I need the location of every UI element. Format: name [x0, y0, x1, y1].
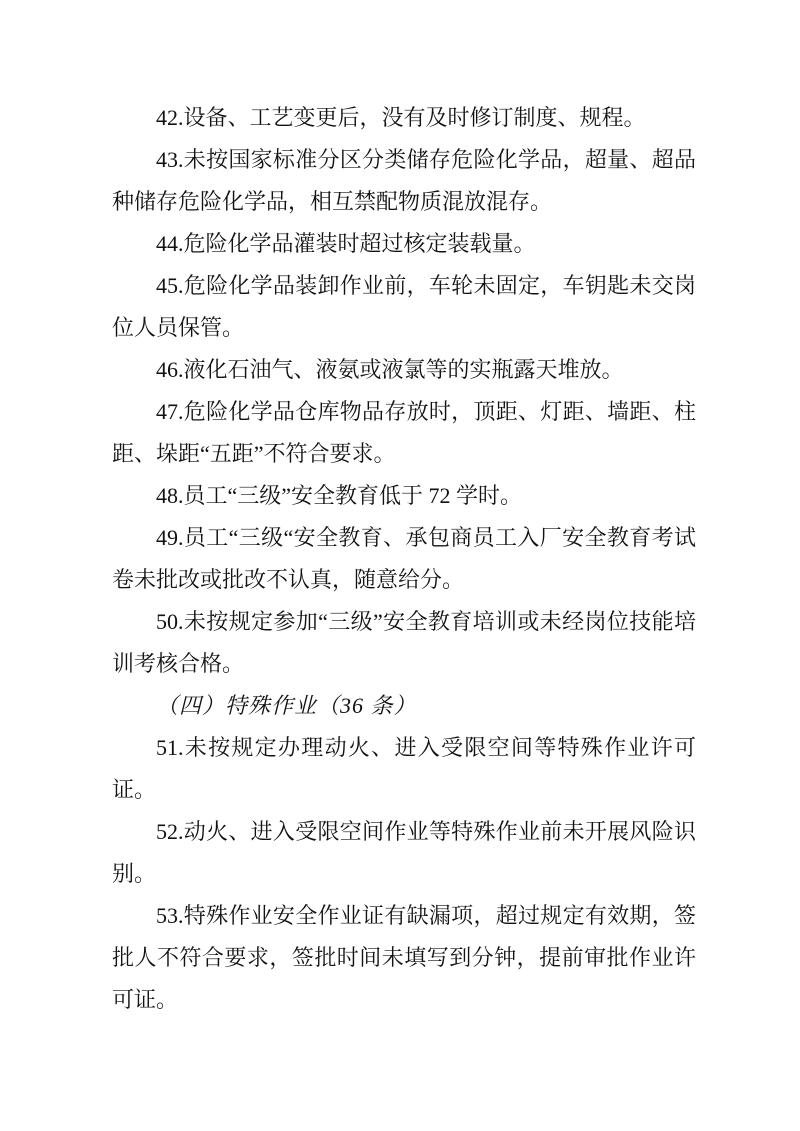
list-item: 50.未按规定参加“三级”安全教育培训或未经岗位技能培训考核合格。 [112, 601, 696, 685]
list-item: 42.设备、工艺变更后，没有及时修订制度、规程。 [112, 97, 696, 139]
list-item: 43.未按国家标准分区分类储存危险化学品，超量、超品种储存危险化学品，相互禁配物… [112, 139, 696, 223]
list-item: 44.危险化学品灌装时超过核定装载量。 [112, 223, 696, 265]
list-item: 51.未按规定办理动火、进入受限空间等特殊作业许可证。 [112, 727, 696, 811]
list-item: 47.危险化学品仓库物品存放时，顶距、灯距、墙距、柱距、垛距“五距”不符合要求。 [112, 391, 696, 475]
document-page: 42.设备、工艺变更后，没有及时修订制度、规程。43.未按国家标准分区分类储存危… [0, 0, 800, 1131]
list-item: 49.员工“三级“安全教育、承包商员工入厂安全教育考试卷未批改或批改不认真，随意… [112, 517, 696, 601]
list-item: 45.危险化学品装卸作业前，车轮未固定，车钥匙未交岗位人员保管。 [112, 265, 696, 349]
list-item: 52.动火、进入受限空间作业等特殊作业前未开展风险识别。 [112, 811, 696, 895]
section-heading: （四）特殊作业（36 条） [112, 685, 696, 727]
list-item: 53.特殊作业安全作业证有缺漏项，超过规定有效期，签批人不符合要求，签批时间未填… [112, 895, 696, 1021]
document-body: 42.设备、工艺变更后，没有及时修订制度、规程。43.未按国家标准分区分类储存危… [112, 97, 696, 1021]
list-item: 48.员工“三级”安全教育低于 72 学时。 [112, 475, 696, 517]
list-item: 46.液化石油气、液氨或液氯等的实瓶露天堆放。 [112, 349, 696, 391]
